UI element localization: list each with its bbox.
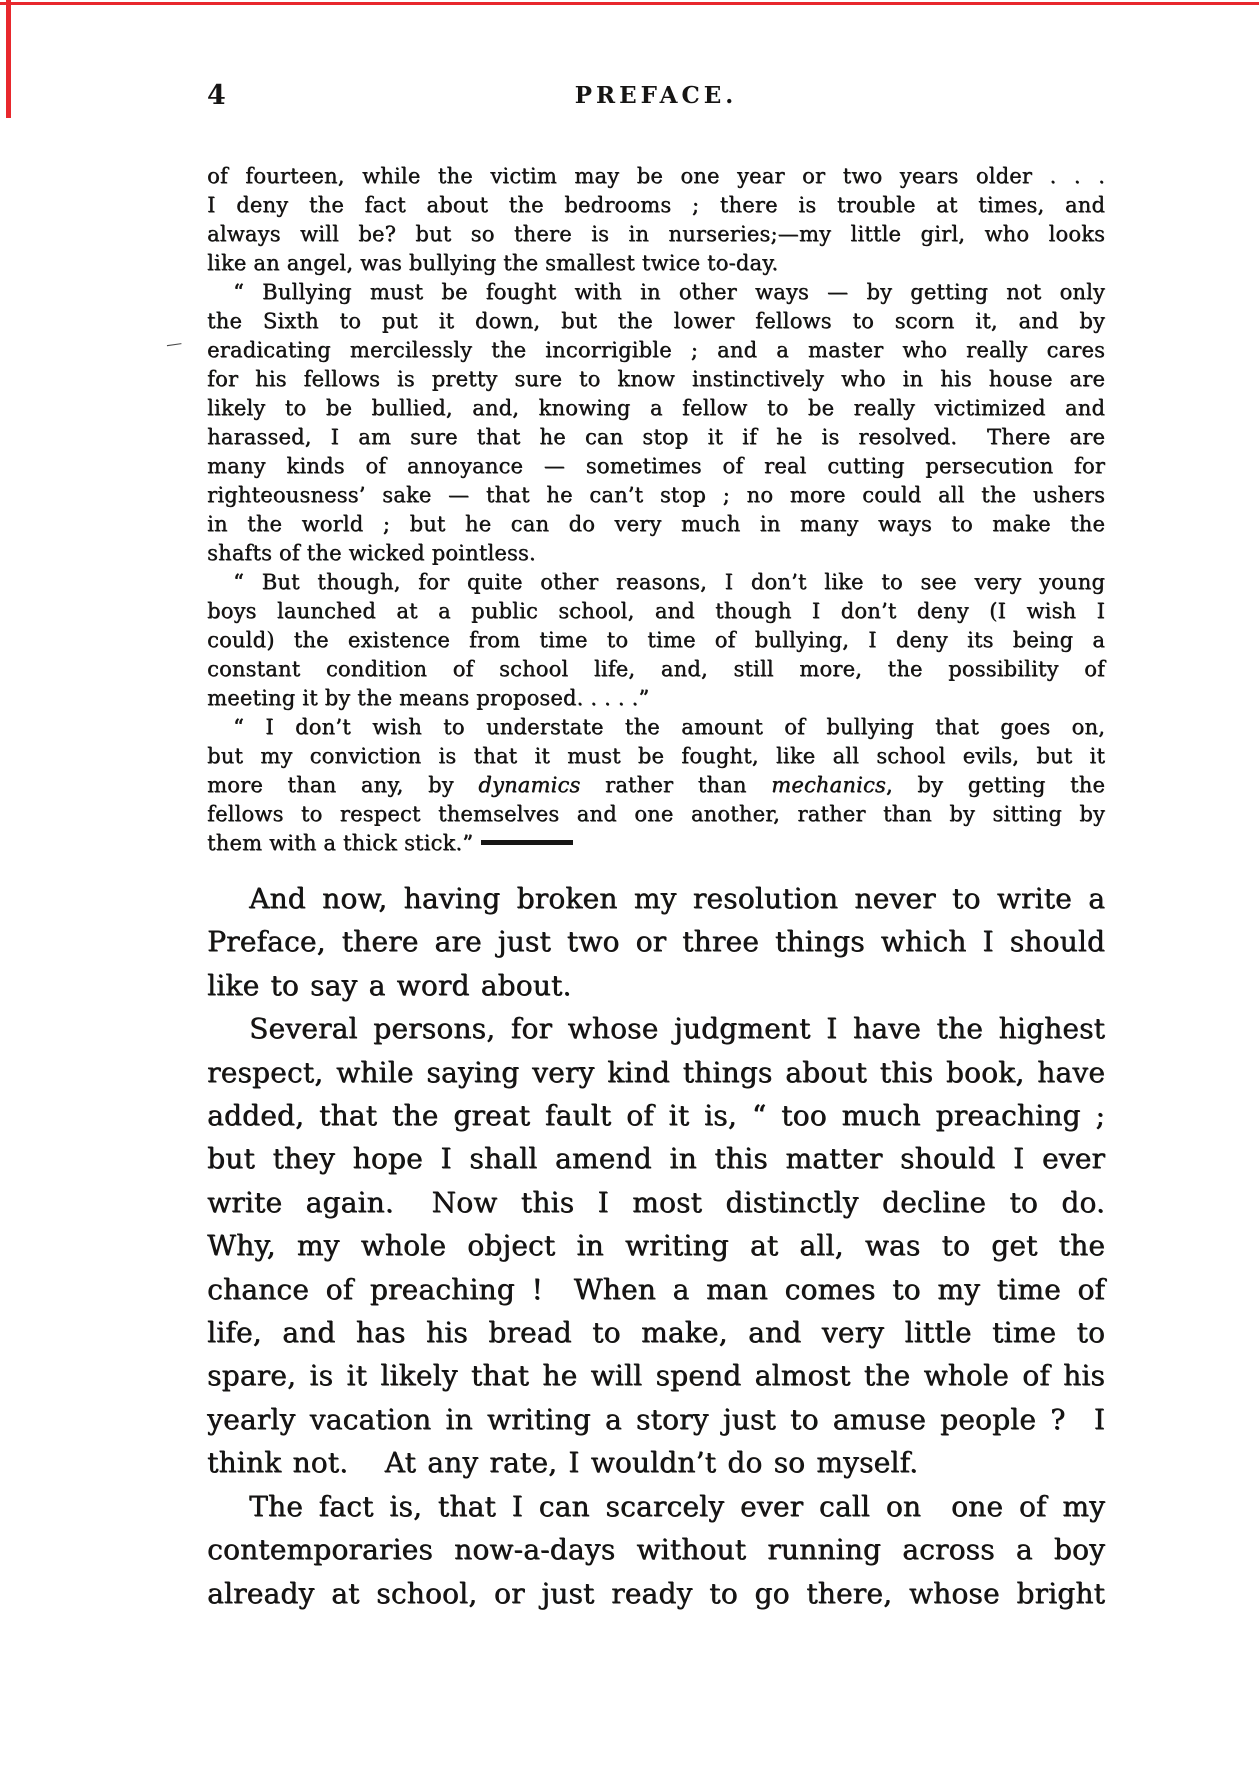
text-line: like to say a word about. <box>207 964 1105 1007</box>
text-line: already at school, or just ready to go t… <box>207 1572 1105 1615</box>
text-line: Why, my whole object in writing at all, … <box>207 1224 1105 1267</box>
text-line: the Sixth to put it down, but the lower … <box>207 307 1105 336</box>
margin-pencil-mark: — <box>165 333 183 354</box>
scan-artifact-left-red-line <box>6 0 11 118</box>
book-page: 4 PREFACE. — of fourteen, while the vict… <box>0 0 1259 1786</box>
preface-body-block: And now, having broken my resolution nev… <box>207 877 1105 1615</box>
text-line: but my conviction is that it must be fou… <box>207 742 1105 771</box>
text-line: The fact is, that I can scarcely ever ca… <box>207 1485 1105 1528</box>
text-line: life, and has his bread to make, and ver… <box>207 1311 1105 1354</box>
quoted-excerpt-block: of fourteen, while the victim may be one… <box>207 162 1105 858</box>
text-line: for his fellows is pretty sure to know i… <box>207 365 1105 394</box>
quote-end-rule <box>481 840 573 845</box>
text-line: but they hope I shall amend in this matt… <box>207 1137 1105 1180</box>
text-line: respect, while saying very kind things a… <box>207 1051 1105 1094</box>
text-line: Preface, there are just two or three thi… <box>207 920 1105 963</box>
text-line: in the world ; but he can do very much i… <box>207 510 1105 539</box>
text-line: think not. At any rate, I wouldn’t do so… <box>207 1441 1105 1484</box>
text-line: righteousness’ sake — that he can’t stop… <box>207 481 1105 510</box>
text-line: eradicating mercilessly the incorrigible… <box>207 336 1105 365</box>
text-line: many kinds of annoyance — sometimes of r… <box>207 452 1105 481</box>
text-line: write again. Now this I most distinctly … <box>207 1181 1105 1224</box>
text-line: “ Bullying must be fought with in other … <box>207 278 1105 307</box>
text-line: “ But though, for quite other reasons, I… <box>207 568 1105 597</box>
text-line: And now, having broken my resolution nev… <box>207 877 1105 920</box>
text-line: constant condition of school life, and, … <box>207 655 1105 684</box>
text-line: of fourteen, while the victim may be one… <box>207 162 1105 191</box>
text-line: added, that the great fault of it is, “ … <box>207 1094 1105 1137</box>
text-line: “ I don’t wish to understate the amount … <box>207 713 1105 742</box>
text-line: harassed, I am sure that he can stop it … <box>207 423 1105 452</box>
text-line: like an angel, was bullying the smallest… <box>207 249 1105 278</box>
text-line: more than any, by dynamics rather than m… <box>207 771 1105 800</box>
text-line: chance of preaching ! When a man comes t… <box>207 1268 1105 1311</box>
text-line: always will be? but so there is in nurse… <box>207 220 1105 249</box>
text-line: boys launched at a public school, and th… <box>207 597 1105 626</box>
text-line: Several persons, for whose judgment I ha… <box>207 1007 1105 1050</box>
text-line: likely to be bullied, and, knowing a fel… <box>207 394 1105 423</box>
scan-artifact-top-red-line <box>0 2 1259 5</box>
text-line: yearly vacation in writing a story just … <box>207 1398 1105 1441</box>
text-line: fellows to respect themselves and one an… <box>207 800 1105 829</box>
text-line: shafts of the wicked pointless. <box>207 539 1105 568</box>
running-head-title: PREFACE. <box>207 82 1105 109</box>
text-line: spare, is it likely that he will spend a… <box>207 1354 1105 1397</box>
text-line: them with a thick stick.” <box>207 829 1105 858</box>
text-line: I deny the fact about the bedrooms ; the… <box>207 191 1105 220</box>
text-line: could) the existence from time to time o… <box>207 626 1105 655</box>
text-line: contemporaries now-a-days without runnin… <box>207 1528 1105 1571</box>
text-line: meeting it by the means proposed. . . . … <box>207 684 1105 713</box>
